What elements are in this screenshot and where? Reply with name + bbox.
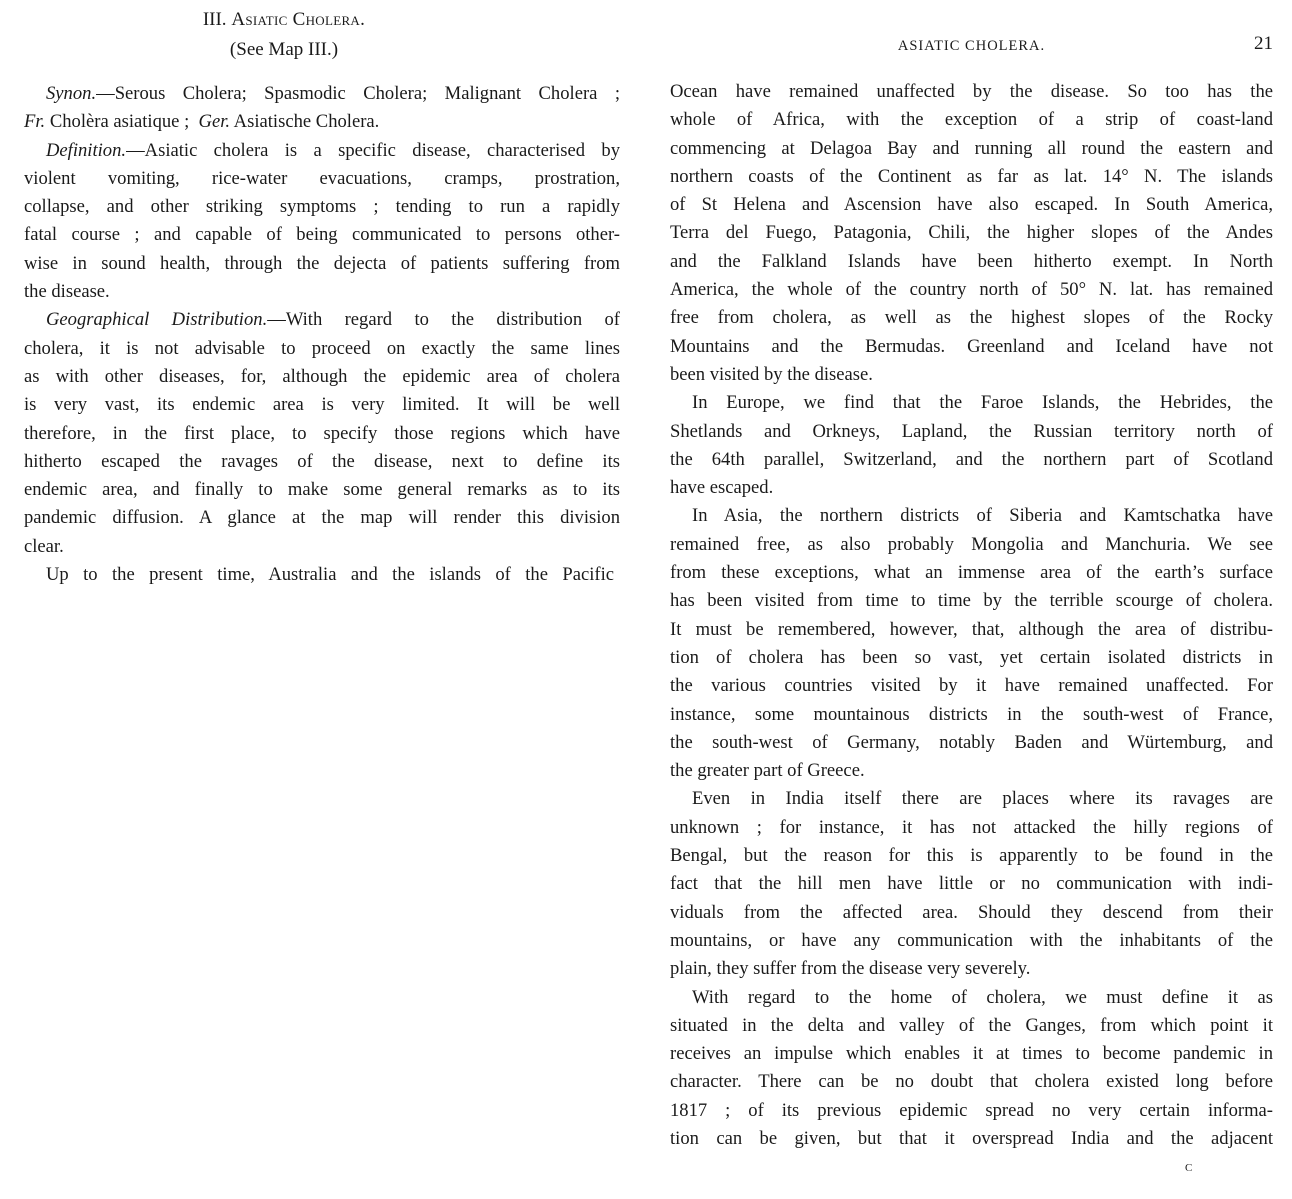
text-line: Up to the present time, Australia and th… [24,561,614,589]
text-line: whole of Africa, with the exception of a… [670,106,1273,134]
text-line: Geographical Distribution.—With regard t… [24,306,620,334]
text-line: free from cholera, as well as the highes… [670,304,1273,332]
text-line: remained free, as also probably Mongolia… [670,531,1273,559]
text-line: the various countries visited by it have… [670,672,1273,700]
running-title: ASIATIC CHOLERA. [670,32,1273,60]
text-line: Ocean have remained unaffected by the di… [670,78,1273,106]
text-line: the disease. [24,278,620,306]
text-line: fact that the hill men have little or no… [670,870,1273,898]
signature-mark: c [1185,1158,1192,1176]
home-of-cholera-paragraph: With regard to the home of cholera, we m… [670,984,1273,1154]
text-line: the greater part of Greece. [670,757,1273,785]
chapter-title-text: Asiatic Cholera. [231,9,365,30]
geographical-distribution-label: Geographical Distribution. [46,309,267,330]
text-line: of St Helena and Ascension have also esc… [670,191,1273,219]
text-line: has been visited from time to time by th… [670,587,1273,615]
synonyms-paragraph: Synon.—Serous Cholera; Spasmodic Cholera… [24,80,620,137]
text-line: Definition.—Asiatic cholera is a specifi… [24,137,620,165]
text-line: commencing at Delagoa Bay and running al… [670,135,1273,163]
definition-paragraph: Definition.—Asiatic cholera is a specifi… [24,137,620,307]
text-line: endemic area, and finally to make some g… [24,476,620,504]
text-line: wise in sound health, through the deject… [24,250,620,278]
text-line: as with other diseases, for, although th… [24,363,620,391]
text-line: Bengal, but the reason for this is appar… [670,842,1273,870]
text-line: mountains, or have any communication wit… [670,927,1273,955]
text-line: from these exceptions, what an immense a… [670,559,1273,587]
german-label: Ger. [199,111,231,132]
europe-paragraph: In Europe, we find that the Faroe Island… [670,389,1273,502]
running-head: ASIATIC CHOLERA. 21 [670,32,1273,60]
text-line: viduals from the affected area. Should t… [670,899,1273,927]
text-line: character. There can be no doubt that ch… [670,1068,1273,1096]
text-line: clear. [24,533,620,561]
chapter-title: III. Asiatic Cholera. [24,6,544,34]
text-line: situated in the delta and valley of the … [670,1012,1273,1040]
right-page-body: Ocean have remained unaffected by the di… [670,78,1273,1153]
chapter-number: III. [203,9,227,30]
map-reference: (See Map III.) [24,36,544,64]
text-line: Terra del Fuego, Patagonia, Chili, the h… [670,219,1273,247]
text-line: northern coasts of the Continent as far … [670,163,1273,191]
text-line: been visited by the disease. [670,361,1273,389]
text-line: receives an impulse which enables it at … [670,1040,1273,1068]
australia-paragraph: Up to the present time, Australia and th… [24,561,620,589]
geographical-distribution-paragraph: Geographical Distribution.—With regard t… [24,306,620,561]
text-line: therefore, in the first place, to specif… [24,420,620,448]
left-page-body: Synon.—Serous Cholera; Spasmodic Cholera… [24,80,620,589]
text-line: With regard to the home of cholera, we m… [670,984,1273,1012]
text-line: unknown ; for instance, it has not attac… [670,814,1273,842]
text-line: pandemic diffusion. A glance at the map … [24,504,620,532]
unaffected-regions-paragraph: Ocean have remained unaffected by the di… [670,78,1273,389]
text-line: the south-west of Germany, notably Baden… [670,729,1273,757]
text-line: violent vomiting, rice-water evacuations… [24,165,620,193]
french-label: Fr. [24,111,45,132]
text-line: instance, some mountainous districts in … [670,701,1273,729]
text-line: In Asia, the northern districts of Siber… [670,502,1273,530]
text-line: cholera, it is not advisable to proceed … [24,335,620,363]
text-line: It must be remembered, however, that, al… [670,616,1273,644]
synonyms-label: Synon. [46,83,96,104]
india-paragraph: Even in India itself there are places wh… [670,785,1273,983]
text-line: have escaped. [670,474,1273,502]
text-line: the 64th parallel, Switzerland, and the … [670,446,1273,474]
text-line: and the Falkland Islands have been hithe… [670,248,1273,276]
text-line: collapse, and other striking symptoms ; … [24,193,620,221]
text-line: tion can be given, but that it oversprea… [670,1125,1273,1153]
text-line: fatal course ; and capable of being comm… [24,221,620,249]
asia-paragraph: In Asia, the northern districts of Siber… [670,502,1273,785]
text-line: Shetlands and Orkneys, Lapland, the Russ… [670,418,1273,446]
text-line: America, the whole of the country north … [670,276,1273,304]
text-line: Even in India itself there are places wh… [670,785,1273,813]
text-line: Mountains and the Bermudas. Greenland an… [670,333,1273,361]
text-line: Synon.—Serous Cholera; Spasmodic Cholera… [24,80,620,108]
text-line: 1817 ; of its previous epidemic spread n… [670,1097,1273,1125]
page-number: 21 [1254,30,1273,58]
text-line: hitherto escaped the ravages of the dise… [24,448,620,476]
text-line: Fr. Cholèra asiatique ; Ger. Asiatische … [24,108,620,136]
text-line: In Europe, we find that the Faroe Island… [670,389,1273,417]
text-line: is very vast, its endemic area is very l… [24,391,620,419]
text-line: tion of cholera has been so vast, yet ce… [670,644,1273,672]
text-line: plain, they suffer from the disease very… [670,955,1273,983]
definition-label: Definition. [46,140,126,161]
